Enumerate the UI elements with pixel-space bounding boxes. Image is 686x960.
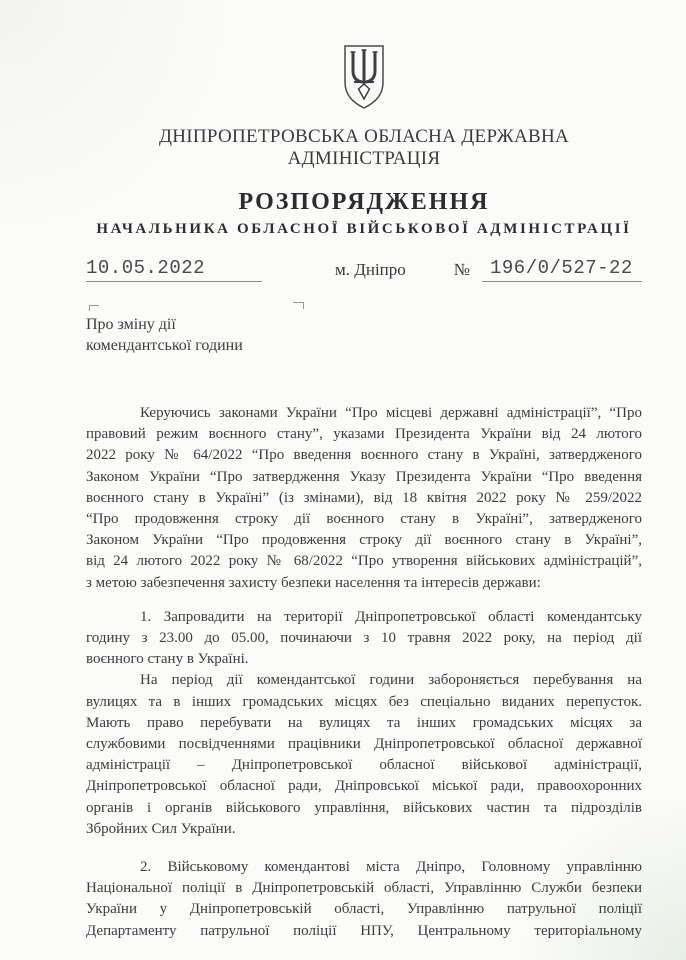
text-line: 2022 року № 64/2022 “Про введення воєнно…: [86, 445, 642, 466]
text-line: На період дії комендантської години забо…: [86, 670, 642, 691]
text-line: Збройних Сил України.: [86, 819, 642, 840]
text-line: Дніпропетровської обласної ради, Дніпров…: [86, 776, 642, 797]
document-issuer-subtitle: НАЧАЛЬНИКА ОБЛАСНОЇ ВІЙСЬКОВОЇ АДМІНІСТР…: [86, 221, 642, 238]
scanned-document-page: ДНІПРОПЕТРОВСЬКА ОБЛАСНА ДЕРЖАВНА АДМІНІ…: [0, 0, 686, 960]
text-line: України у Дніпропетровській області, Упр…: [86, 899, 642, 920]
number-sign-label: №: [454, 260, 470, 282]
subject-block: Про зміну дії комендантської години: [86, 304, 304, 356]
text-line: 1. Запровадити на території Дніпропетров…: [86, 607, 642, 628]
text-line: воєнного стану в Україні” (із змінами), …: [86, 488, 642, 509]
item-1-continuation-paragraph: На період дії комендантської години забо…: [86, 670, 642, 840]
text-line: воєнного стану в Україні.: [86, 649, 642, 670]
text-line: від 24 лютого 2022 року № 68/2022 “Про у…: [86, 551, 642, 572]
subject-line: комендантської години: [86, 335, 304, 356]
text-line: Департаменту патрульної поліції НПУ, Цен…: [86, 921, 642, 942]
text-line: вулицях та в інших громадських місцях бе…: [86, 692, 642, 713]
text-line: Національної поліції в Дніпропетровській…: [86, 878, 642, 899]
text-line: годину з 23.00 до 05.00, починаючи з 10 …: [86, 628, 642, 649]
text-line: органів і органів військового управління…: [86, 798, 642, 819]
preamble-paragraph: Керуючись законами України “Про місцеві …: [86, 403, 642, 594]
organization-name: ДНІПРОПЕТРОВСЬКА ОБЛАСНА ДЕРЖАВНА АДМІНІ…: [86, 126, 642, 170]
text-line: правовий режим воєнного стану”, указами …: [86, 424, 642, 445]
text-line: Мають право перебувати на вулицях та інш…: [86, 713, 642, 734]
text-line: Керуючись законами України “Про місцеві …: [86, 403, 642, 424]
text-line: адміністрації – Дніпропетровської обласн…: [86, 755, 642, 776]
number-group: № 196/0/527-22: [454, 257, 642, 282]
document-header: [86, 44, 642, 115]
document-body: Керуючись законами України “Про місцеві …: [86, 403, 642, 942]
ukraine-trident-coat-of-arms-icon: [341, 44, 387, 110]
subject-line: Про зміну дії: [86, 314, 304, 335]
item-2-paragraph: 2. Військовому комендантові міста Дніпро…: [86, 857, 642, 942]
text-line: “Про продовження строку дії воєнного ста…: [86, 509, 642, 530]
text-line: з метою забезпечення захисту безпеки нас…: [86, 573, 642, 594]
item-1-paragraph: 1. Запровадити на території Дніпропетров…: [86, 607, 642, 671]
corner-mark-right-icon: [293, 302, 304, 309]
corner-mark-left-icon: [89, 305, 99, 311]
place-label: м. Дніпро: [335, 260, 406, 282]
document-meta-row: 10.05.2022 м. Дніпро № 196/0/527-22: [86, 255, 642, 282]
text-line: службовими посвідченнями працівники Дніп…: [86, 734, 642, 755]
number-field: 196/0/527-22: [482, 257, 642, 282]
text-line: 2. Військовому комендантові міста Дніпро…: [86, 857, 642, 878]
date-field: 10.05.2022: [86, 257, 262, 282]
text-line: Законом України “Про продовження строку …: [86, 530, 642, 551]
text-line: Законом України “Про затвердження Указу …: [86, 467, 642, 488]
document-type-title: РОЗПОРЯДЖЕННЯ: [86, 189, 642, 216]
